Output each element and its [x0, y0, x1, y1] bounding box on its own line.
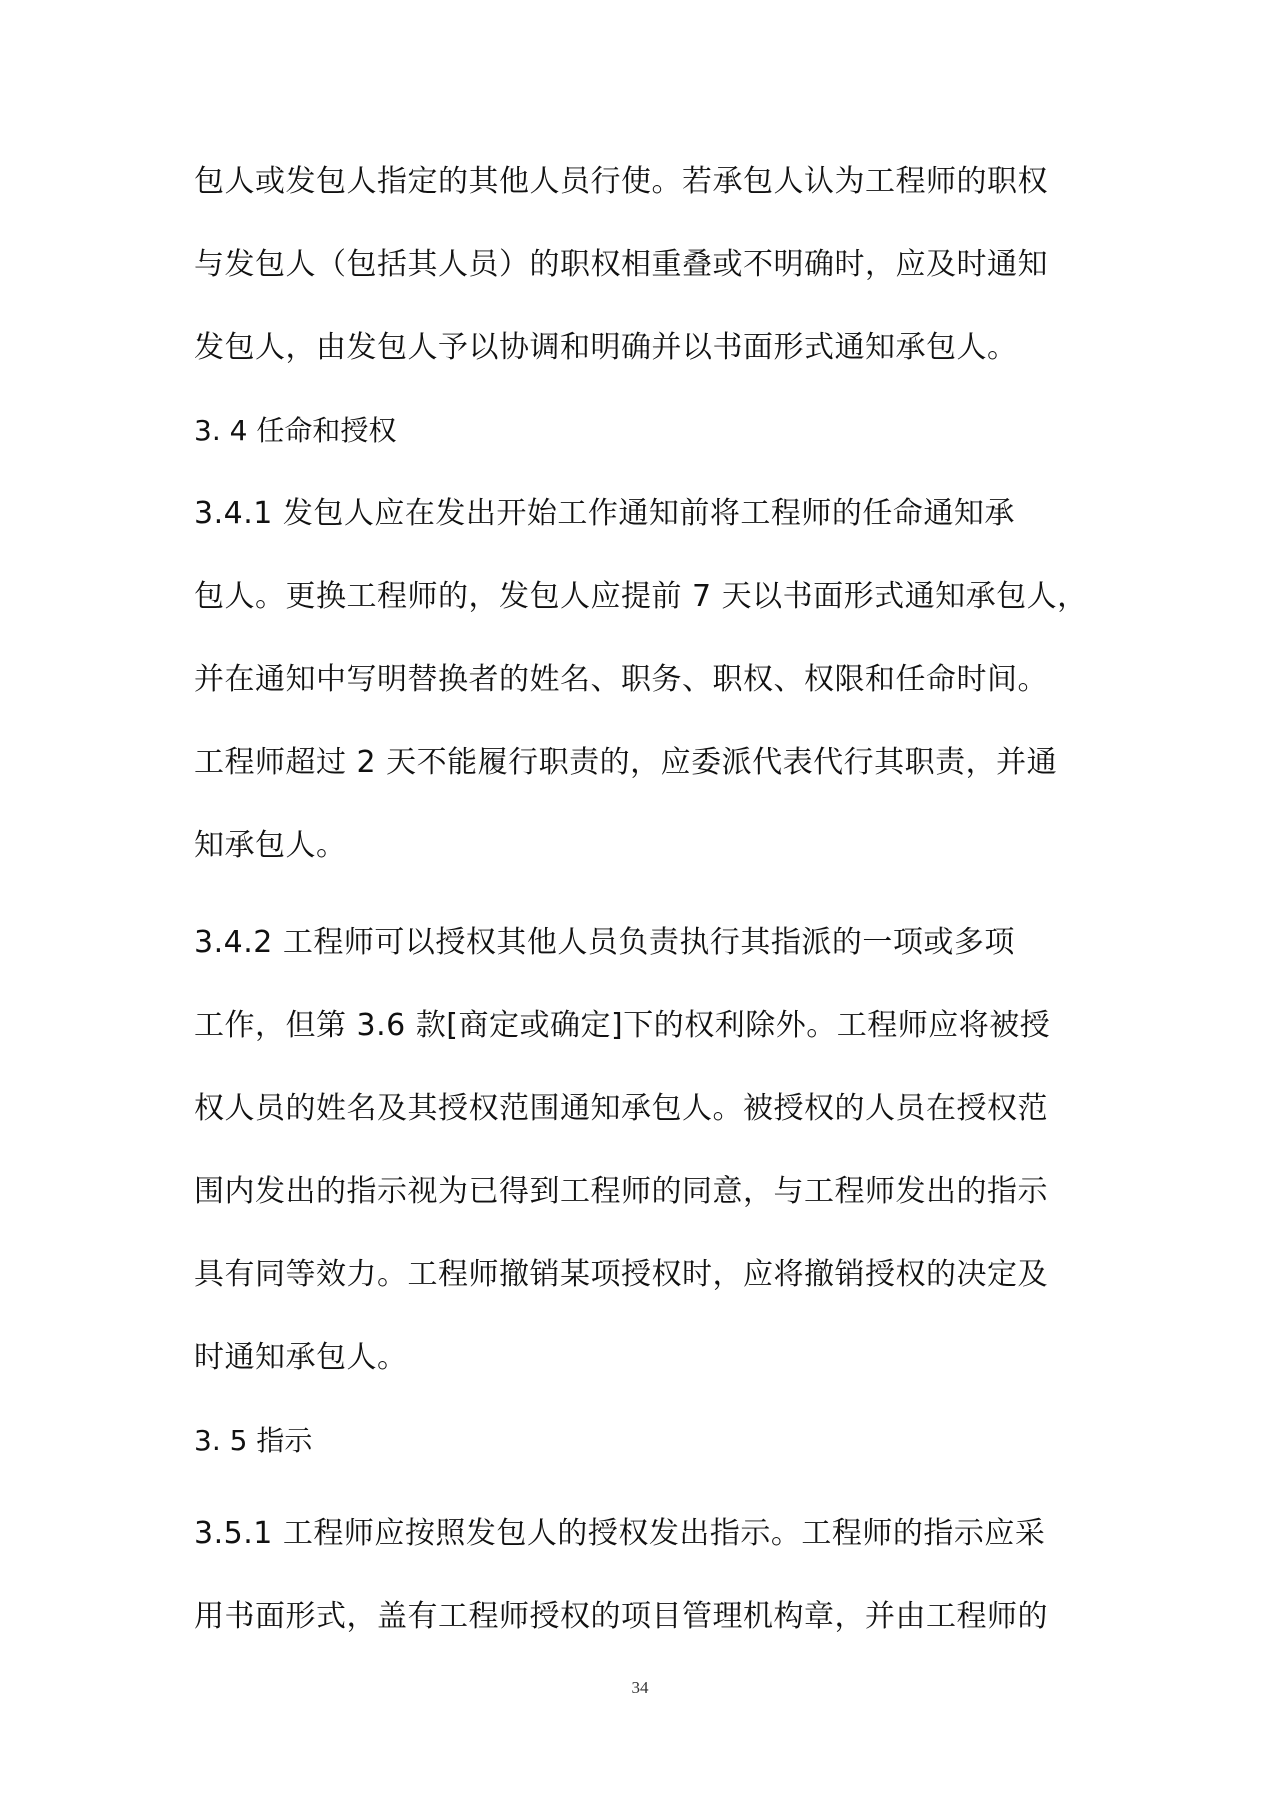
paragraph-line: 3.4.2 工程师可以授权其他人员负责执行其指派的一项或多项: [194, 923, 1094, 963]
paragraph-line: 与发包人（包括其人员）的职权相重叠或不明确时，应及时通知: [194, 245, 1094, 285]
paragraph-line: 工作，但第 3.6 款[商定或确定]下的权利除外。工程师应将被授: [194, 1006, 1094, 1046]
paragraph-line: 知承包人。: [194, 826, 1094, 866]
paragraph-line: 发包人，由发包人予以协调和明确并以书面形式通知承包人。: [194, 328, 1094, 368]
paragraph-line: 用书面形式，盖有工程师授权的项目管理机构章，并由工程师的: [194, 1597, 1094, 1637]
paragraph-line: 3.5.1 工程师应按照发包人的授权发出指示。工程师的指示应采: [194, 1514, 1094, 1554]
paragraph-line: 时通知承包人。: [194, 1338, 1094, 1378]
paragraph-line: 并在通知中写明替换者的姓名、职务、职权、权限和任命时间。: [194, 660, 1094, 700]
paragraph-line: 包人或发包人指定的其他人员行使。若承包人认为工程师的职权: [194, 162, 1094, 202]
section-heading-3-4: 3. 4 任命和授权: [194, 411, 1094, 451]
paragraph-line: 围内发出的指示视为已得到工程师的同意，与工程师发出的指示: [194, 1172, 1094, 1212]
paragraph-line: 具有同等效力。工程师撤销某项授权时，应将撤销授权的决定及: [194, 1255, 1094, 1295]
page-number: 34: [0, 1678, 1280, 1698]
paragraph-line: 包人。更换工程师的，发包人应提前 7 天以书面形式通知承包人，: [194, 577, 1094, 617]
document-page: 包人或发包人指定的其他人员行使。若承包人认为工程师的职权 与发包人（包括其人员）…: [0, 0, 1280, 1810]
paragraph-line: 3.4.1 发包人应在发出开始工作通知前将工程师的任命通知承: [194, 494, 1094, 534]
section-heading-3-5: 3. 5 指示: [194, 1421, 1094, 1461]
paragraph-line: 工程师超过 2 天不能履行职责的，应委派代表代行其职责，并通: [194, 743, 1094, 783]
paragraph-line: 权人员的姓名及其授权范围通知承包人。被授权的人员在授权范: [194, 1089, 1094, 1129]
